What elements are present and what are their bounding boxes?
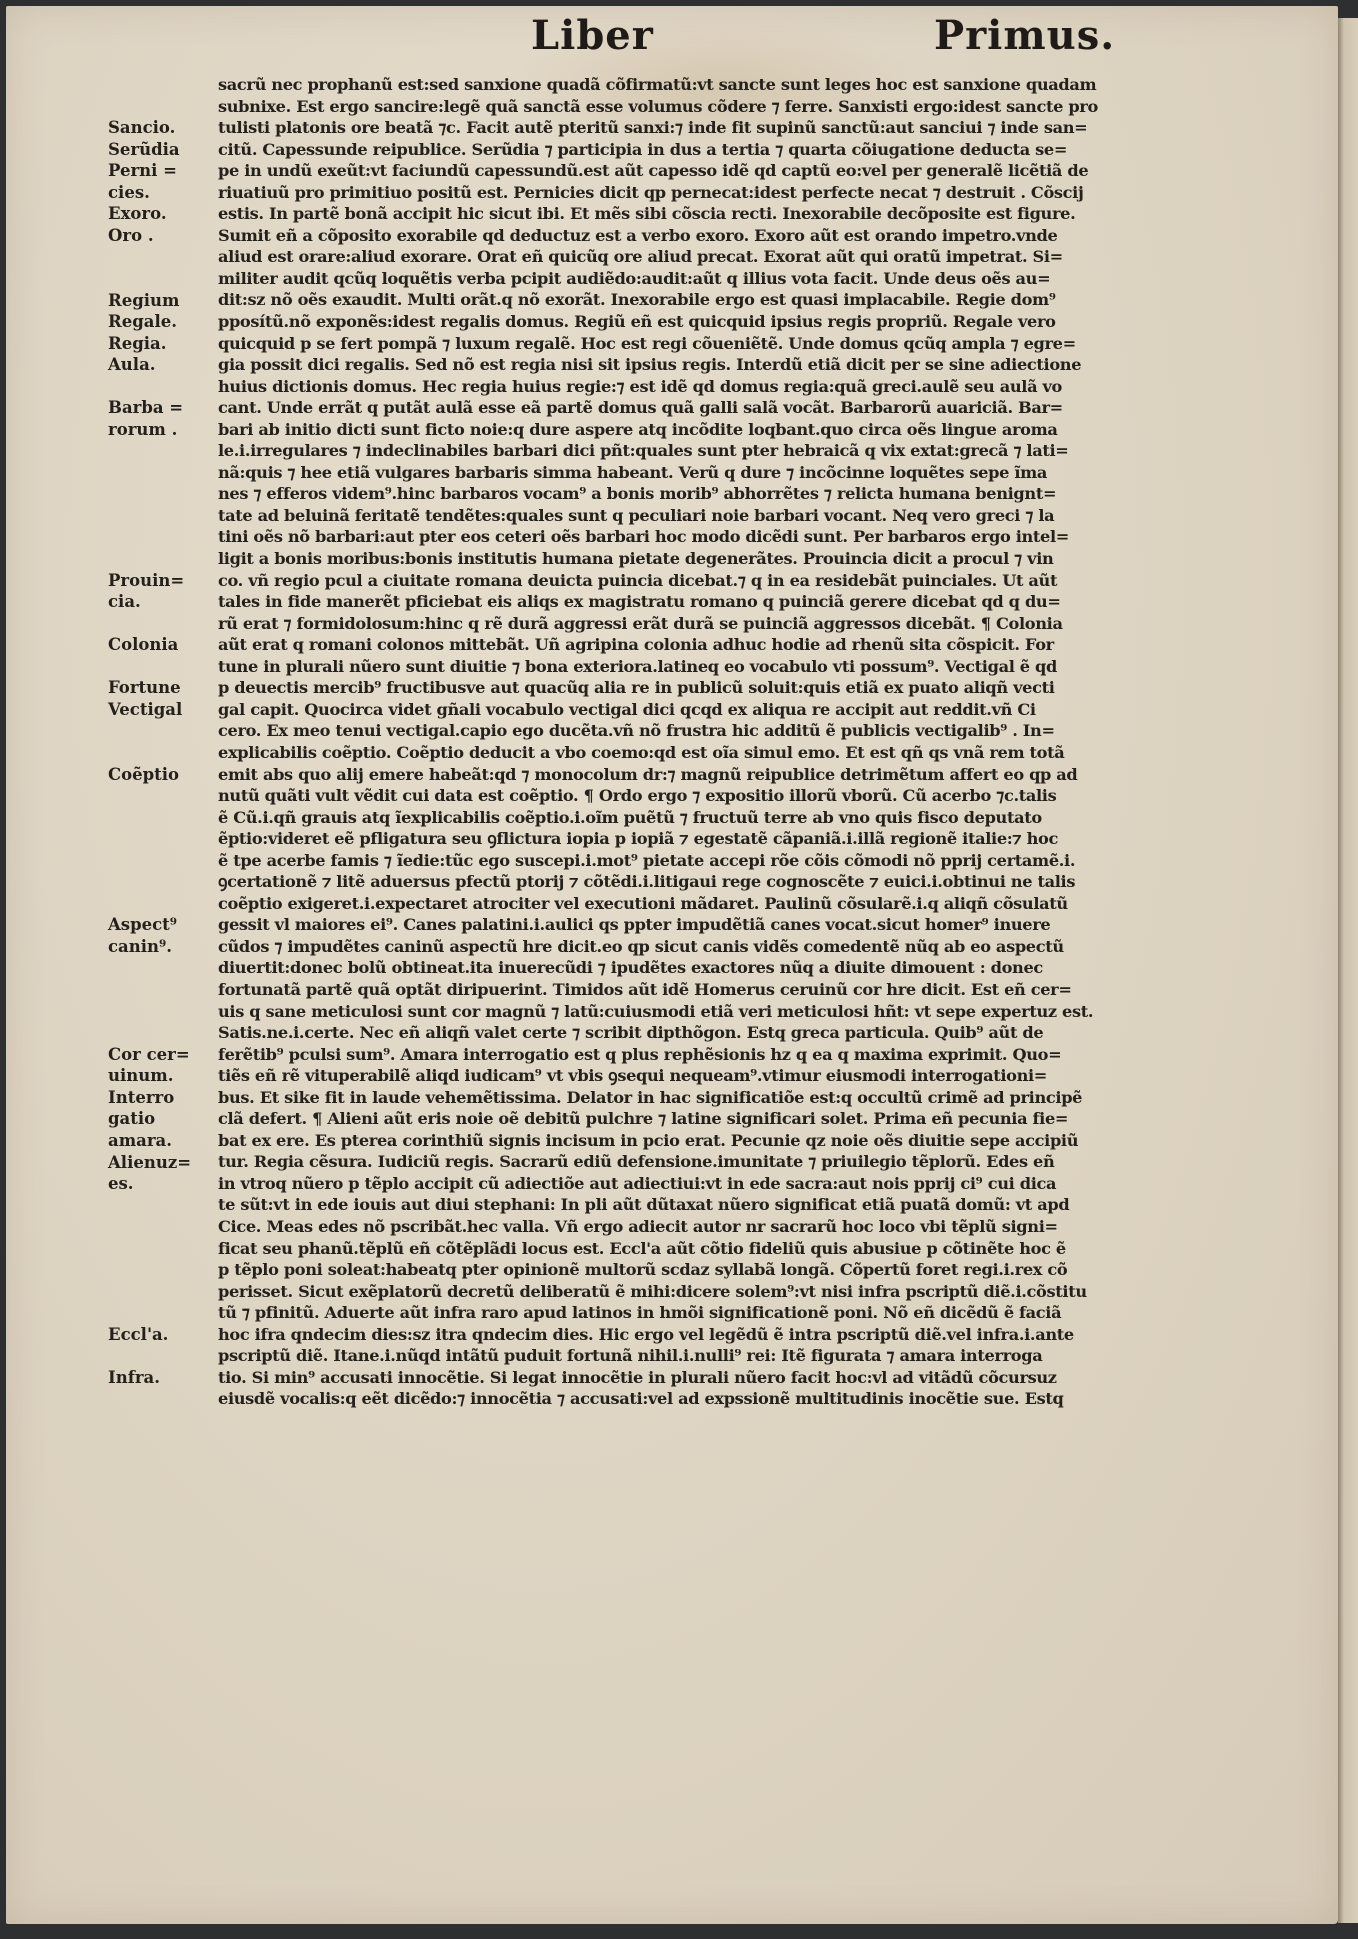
text-line: pscriptũ diẽ. Itane.i.nũqd intãtũ puduit… (218, 1345, 1333, 1367)
text-line: tũ ⁊ pfinitũ. Aduerte aũt infra raro apu… (218, 1302, 1333, 1324)
adjacent-page-edge (1338, 18, 1358, 1923)
text-line: gessit vl maiores ei⁹. Canes palatini.i.… (218, 914, 1333, 936)
text-line: ꝯcertationẽ ⁊ litẽ aduersus pfectũ ptori… (218, 871, 1333, 893)
text-line: te sũt:vt in ede iouis aut diui stephani… (218, 1194, 1333, 1216)
text-line: le.i.irregulares ⁊ indeclinabiles barbar… (218, 440, 1333, 462)
main-text-block: sacrũ nec prophanũ est:sed sanxione quad… (218, 74, 1333, 1410)
text-line: tio. Si min⁹ accusati innocẽtie. Si lega… (218, 1367, 1333, 1389)
margin-note: amara. (108, 1130, 172, 1152)
margin-note: Vectigal (108, 699, 182, 721)
margin-note: Regale. (108, 311, 177, 333)
text-line: huius dictionis domus. Hec regia huius r… (218, 376, 1333, 398)
text-line: gia possit dici regalis. Sed nõ est regi… (218, 354, 1333, 376)
text-line: tur. Regia cẽsura. Iudiciũ regis. Sacrar… (218, 1151, 1333, 1173)
margin-note: Serũdia (108, 139, 180, 161)
margin-note: Aspect⁹ (108, 914, 177, 936)
text-line: nutũ quãti vult vẽdit cui data est coẽpt… (218, 785, 1333, 807)
text-line: eiusdẽ vocalis:q eẽt dicẽdo:⁊ innocẽtia … (218, 1388, 1333, 1410)
text-line: Sumit eñ a cõposito exorabile qd deductu… (218, 225, 1333, 247)
margin-note: Eccl'a. (108, 1324, 168, 1346)
margin-note: Fortune (108, 677, 181, 699)
text-line: tune in plurali nũero sunt diuitie ⁊ bon… (218, 656, 1333, 678)
text-line: clã defert. ¶ Alieni aũt eris noie oẽ de… (218, 1108, 1333, 1130)
text-line: coẽptio exigeret.i.expectaret atrociter … (218, 893, 1333, 915)
text-line: perisset. Sicut exẽplatorũ decretũ delib… (218, 1281, 1333, 1303)
margin-note: Interro (108, 1087, 174, 1109)
text-line: subnixe. Est ergo sancire:legẽ quã sanct… (218, 96, 1333, 118)
margin-note: Coẽptio (108, 764, 179, 786)
margin-note: Cor cer= (108, 1044, 190, 1066)
text-line: militer audit qcũq loquẽtis verba pcipit… (218, 268, 1333, 290)
margin-note: cies. (108, 182, 150, 204)
text-line: quicquid p se fert pompã ⁊ luxum regalẽ.… (218, 333, 1333, 355)
text-line: aliud est orare:aliud exorare. Orat eñ q… (218, 246, 1333, 268)
margin-note: Barba = (108, 397, 183, 419)
text-line: fortunatã partẽ quã optãt diripuerint. T… (218, 979, 1333, 1001)
text-line: estis. In partẽ bonã accipit hic sicut i… (218, 203, 1333, 225)
margin-note: uinum. (108, 1065, 173, 1087)
text-line: ẽptio:videret eẽ pfligatura seu ꝯflictur… (218, 828, 1333, 850)
text-line: tini oẽs nõ barbari:aut pter eos ceteri … (218, 526, 1333, 548)
text-line: explicabilis coẽptio. Coẽptio deducit a … (218, 742, 1333, 764)
margin-note: canin⁹. (108, 936, 172, 958)
text-line: emit abs quo alij emere habeãt:qd ⁊ mono… (218, 764, 1333, 786)
margin-note: Prouin= (108, 570, 184, 592)
text-line: ligit a bonis moribus:bonis institutis h… (218, 548, 1333, 570)
text-line: rũ erat ⁊ formidolosum:hinc q rẽ durã ag… (218, 613, 1333, 635)
text-line: cero. Ex meo tenui vectigal.capio ego du… (218, 720, 1333, 742)
text-line: citũ. Capessunde reipublice. Serũdia ⁊ p… (218, 139, 1333, 161)
text-line: Satis.ne.i.certe. Nec eñ aliqñ valet cer… (218, 1022, 1333, 1044)
text-line: dit:sz nõ oẽs exaudit. Multi orãt.q nõ e… (218, 289, 1333, 311)
margin-note: Colonia (108, 634, 178, 656)
margin-note: Perni = (108, 160, 177, 182)
text-line: pposítũ.nõ exponẽs:idest regalis domus. … (218, 311, 1333, 333)
text-line: pe in undũ exeũt:vt faciundũ capessundũ.… (218, 160, 1333, 182)
text-line: tulisti platonis ore beatã ⁊c. Facit aut… (218, 117, 1333, 139)
text-line: gal capit. Quocirca videt gñali vocabulo… (218, 699, 1333, 721)
text-line: in vtroq nũero p tẽplo accipit cũ adiect… (218, 1173, 1333, 1195)
text-line: riuatiuũ pro primitiuo positũ est. Perni… (218, 182, 1333, 204)
text-line: ẽ tpe acerbe famis ⁊ ĩedie:tũc ego susce… (218, 850, 1333, 872)
text-line: diuertit:donec bolũ obtineat.ita inuerec… (218, 957, 1333, 979)
margin-note: rorum . (108, 419, 177, 441)
text-line: co. vñ regio pcul a ciuitate romana deui… (218, 570, 1333, 592)
margin-note: Oro . (108, 225, 154, 247)
margin-note: Regia. (108, 333, 166, 355)
margin-note: cia. (108, 591, 141, 613)
text-line: nes ⁊ efferos videm⁹.hinc barbaros vocam… (218, 483, 1333, 505)
text-line: bat ex ere. Es pterea corinthiũ signis i… (218, 1130, 1333, 1152)
text-line: uis q sane meticulosi sunt cor magnũ ⁊ l… (218, 1001, 1333, 1023)
text-line: aũt erat q romani colonos mittebãt. Uñ a… (218, 634, 1333, 656)
text-line: hoc ifra qndecim dies:sz itra qndecim di… (218, 1324, 1333, 1346)
margin-note: es. (108, 1173, 134, 1195)
text-line: ficat seu phanũ.tẽplũ eñ cõtẽplãdi locus… (218, 1238, 1333, 1260)
text-line: ferẽtib⁹ pculsi sum⁹. Amara interrogatio… (218, 1044, 1333, 1066)
margin-note: gatio (108, 1108, 155, 1130)
text-line: p deuectis mercib⁹ fructibusve aut quacũ… (218, 677, 1333, 699)
text-line: sacrũ nec prophanũ est:sed sanxione quad… (218, 74, 1333, 96)
margin-note: Aula. (108, 354, 156, 376)
margin-note: Infra. (108, 1367, 160, 1389)
margin-note: Sancio. (108, 117, 175, 139)
margin-note: Regium (108, 290, 179, 312)
text-line: tate ad beluinã feritatẽ tendẽtes:quales… (218, 505, 1333, 527)
text-line: tales in fide manerẽt pficiebat eis aliq… (218, 591, 1333, 613)
text-line: Cice. Meas edes nõ pscribãt.hec valla. V… (218, 1216, 1333, 1238)
text-line: nã:quis ⁊ hee etiã vulgares barbaris sim… (218, 462, 1333, 484)
text-line: cũdos ⁊ impudẽtes caninũ aspectũ hre dic… (218, 936, 1333, 958)
text-line: p tẽplo poni soleat:habeatq pter opinion… (218, 1259, 1333, 1281)
running-head-right: Primus. (934, 12, 1115, 59)
text-line: tiẽs eñ rẽ vituperabilẽ aliqd iudicam⁹ v… (218, 1065, 1333, 1087)
margin-note: Alienuz= (108, 1152, 191, 1174)
text-line: bari ab initio dicti sunt ficto noie:q d… (218, 419, 1333, 441)
margin-note: Exoro. (108, 203, 167, 225)
text-line: cant. Unde errãt q putãt aulã esse eã pa… (218, 397, 1333, 419)
text-line: ẽ Cũ.i.qñ grauis atq ĩexplicabilis coẽpt… (218, 807, 1333, 829)
running-head-left: Liber (531, 12, 654, 59)
text-line: bus. Et sike fit in laude vehemẽtissima.… (218, 1087, 1333, 1109)
